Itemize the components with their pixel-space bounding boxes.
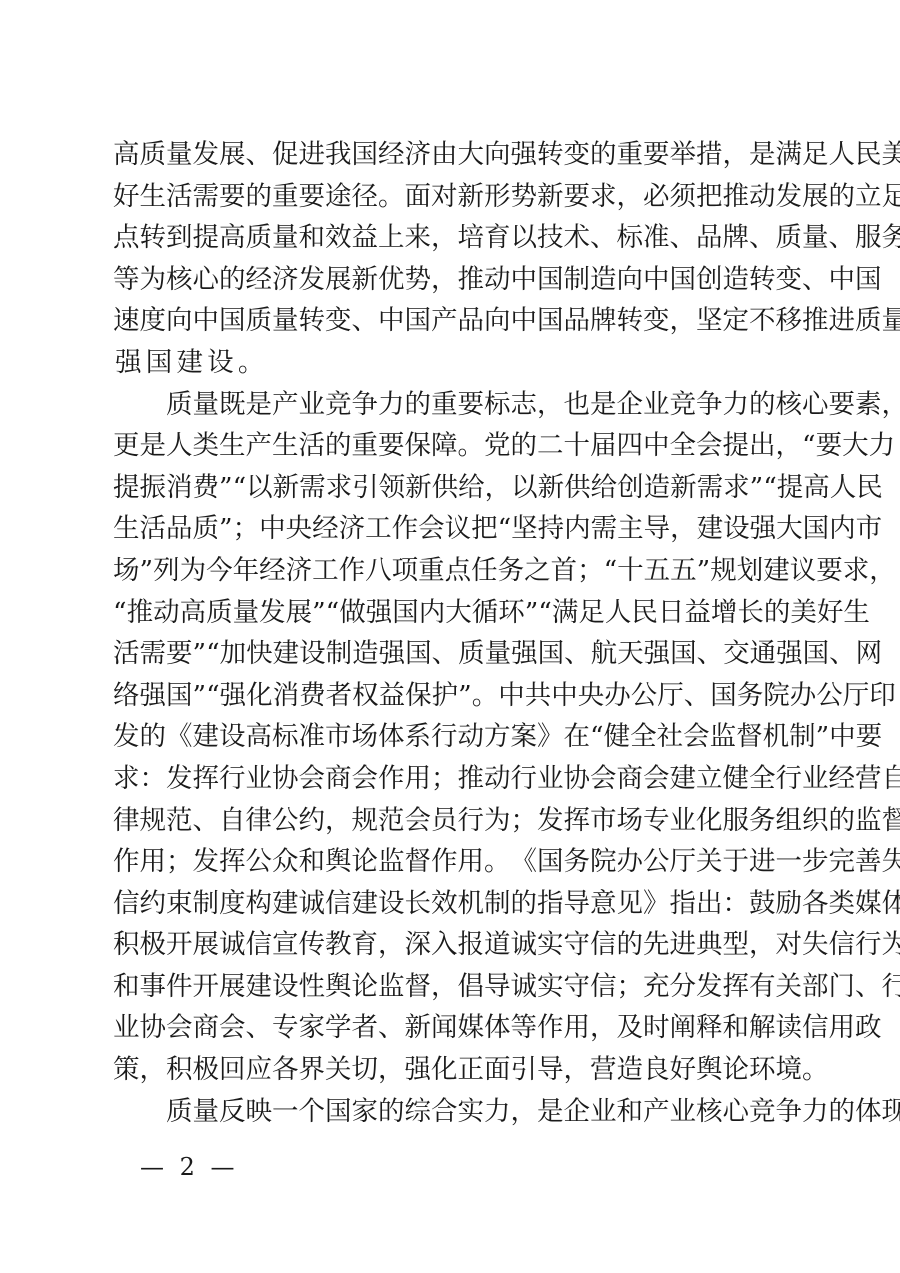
- text-line: 更是人类生产生活的重要保障。党的二十届四中全会提出，“要大力: [113, 425, 789, 467]
- document-page: 高质量发展、促进我国经济由大向强转变的重要举措，是满足人民美好生活需要的重要途径…: [0, 0, 900, 1273]
- text-line: 和事件开展建设性舆论监督，倡导诚实守信；充分发挥有关部门、行: [113, 966, 789, 1008]
- text-line: 信约束制度构建诚信建设长效机制的指导意见》指出：鼓励各类媒体: [113, 883, 789, 925]
- text-line: 场”列为今年经济工作八项重点任务之首；“十五五”规划建议要求，: [113, 550, 789, 592]
- text-line: 质量反映一个国家的综合实力，是企业和产业核心竞争力的体现。: [113, 1091, 789, 1133]
- page-number: — 2 —: [140, 1152, 239, 1182]
- text-line: 好生活需要的重要途径。面对新形势新要求，必须把推动发展的立足: [113, 176, 789, 218]
- text-line: 求：发挥行业协会商会作用；推动行业协会商会建立健全行业经营自: [113, 758, 789, 800]
- text-line: 律规范、自律公约，规范会员行为；发挥市场专业化服务组织的监督: [113, 800, 789, 842]
- text-line: 生活品质”；中央经济工作会议把“坚持内需主导，建设强大国内市: [113, 508, 789, 550]
- text-line: 积极开展诚信宣传教育，深入报道诚实守信的先进典型，对失信行为: [113, 924, 789, 966]
- text-line: 业协会商会、专家学者、新闻媒体等作用，及时阐释和解读信用政: [113, 1007, 789, 1049]
- text-line: 作用；发挥公众和舆论监督作用。《国务院办公厅关于进一步完善失: [113, 841, 789, 883]
- text-line: 点转到提高质量和效益上来，培育以技术、标准、品牌、质量、服务: [113, 217, 789, 259]
- text-line: 高质量发展、促进我国经济由大向强转变的重要举措，是满足人民美: [113, 134, 789, 176]
- text-line: 等为核心的经济发展新优势，推动中国制造向中国创造转变、中国: [113, 259, 789, 301]
- text-line: 提振消费”“以新需求引领新供给，以新供给创造新需求”“提高人民: [113, 467, 789, 509]
- text-line: 强国建设。: [113, 342, 789, 384]
- text-line: 发的《建设高标准市场体系行动方案》在“健全社会监督机制”中要: [113, 716, 789, 758]
- document-body: 高质量发展、促进我国经济由大向强转变的重要举措，是满足人民美好生活需要的重要途径…: [113, 134, 789, 1132]
- text-line: 速度向中国质量转变、中国产品向中国品牌转变，坚定不移推进质量: [113, 300, 789, 342]
- text-line: 质量既是产业竞争力的重要标志，也是企业竞争力的核心要素，: [113, 384, 789, 426]
- text-line: 络强国”“强化消费者权益保护”。中共中央办公厅、国务院办公厅印: [113, 675, 789, 717]
- text-line: 策，积极回应各界关切，强化正面引导，营造良好舆论环境。: [113, 1049, 789, 1091]
- text-line: “推动高质量发展”“做强国内大循环”“满足人民日益增长的美好生: [113, 592, 789, 634]
- text-line: 活需要”“加快建设制造强国、质量强国、航天强国、交通强国、网: [113, 633, 789, 675]
